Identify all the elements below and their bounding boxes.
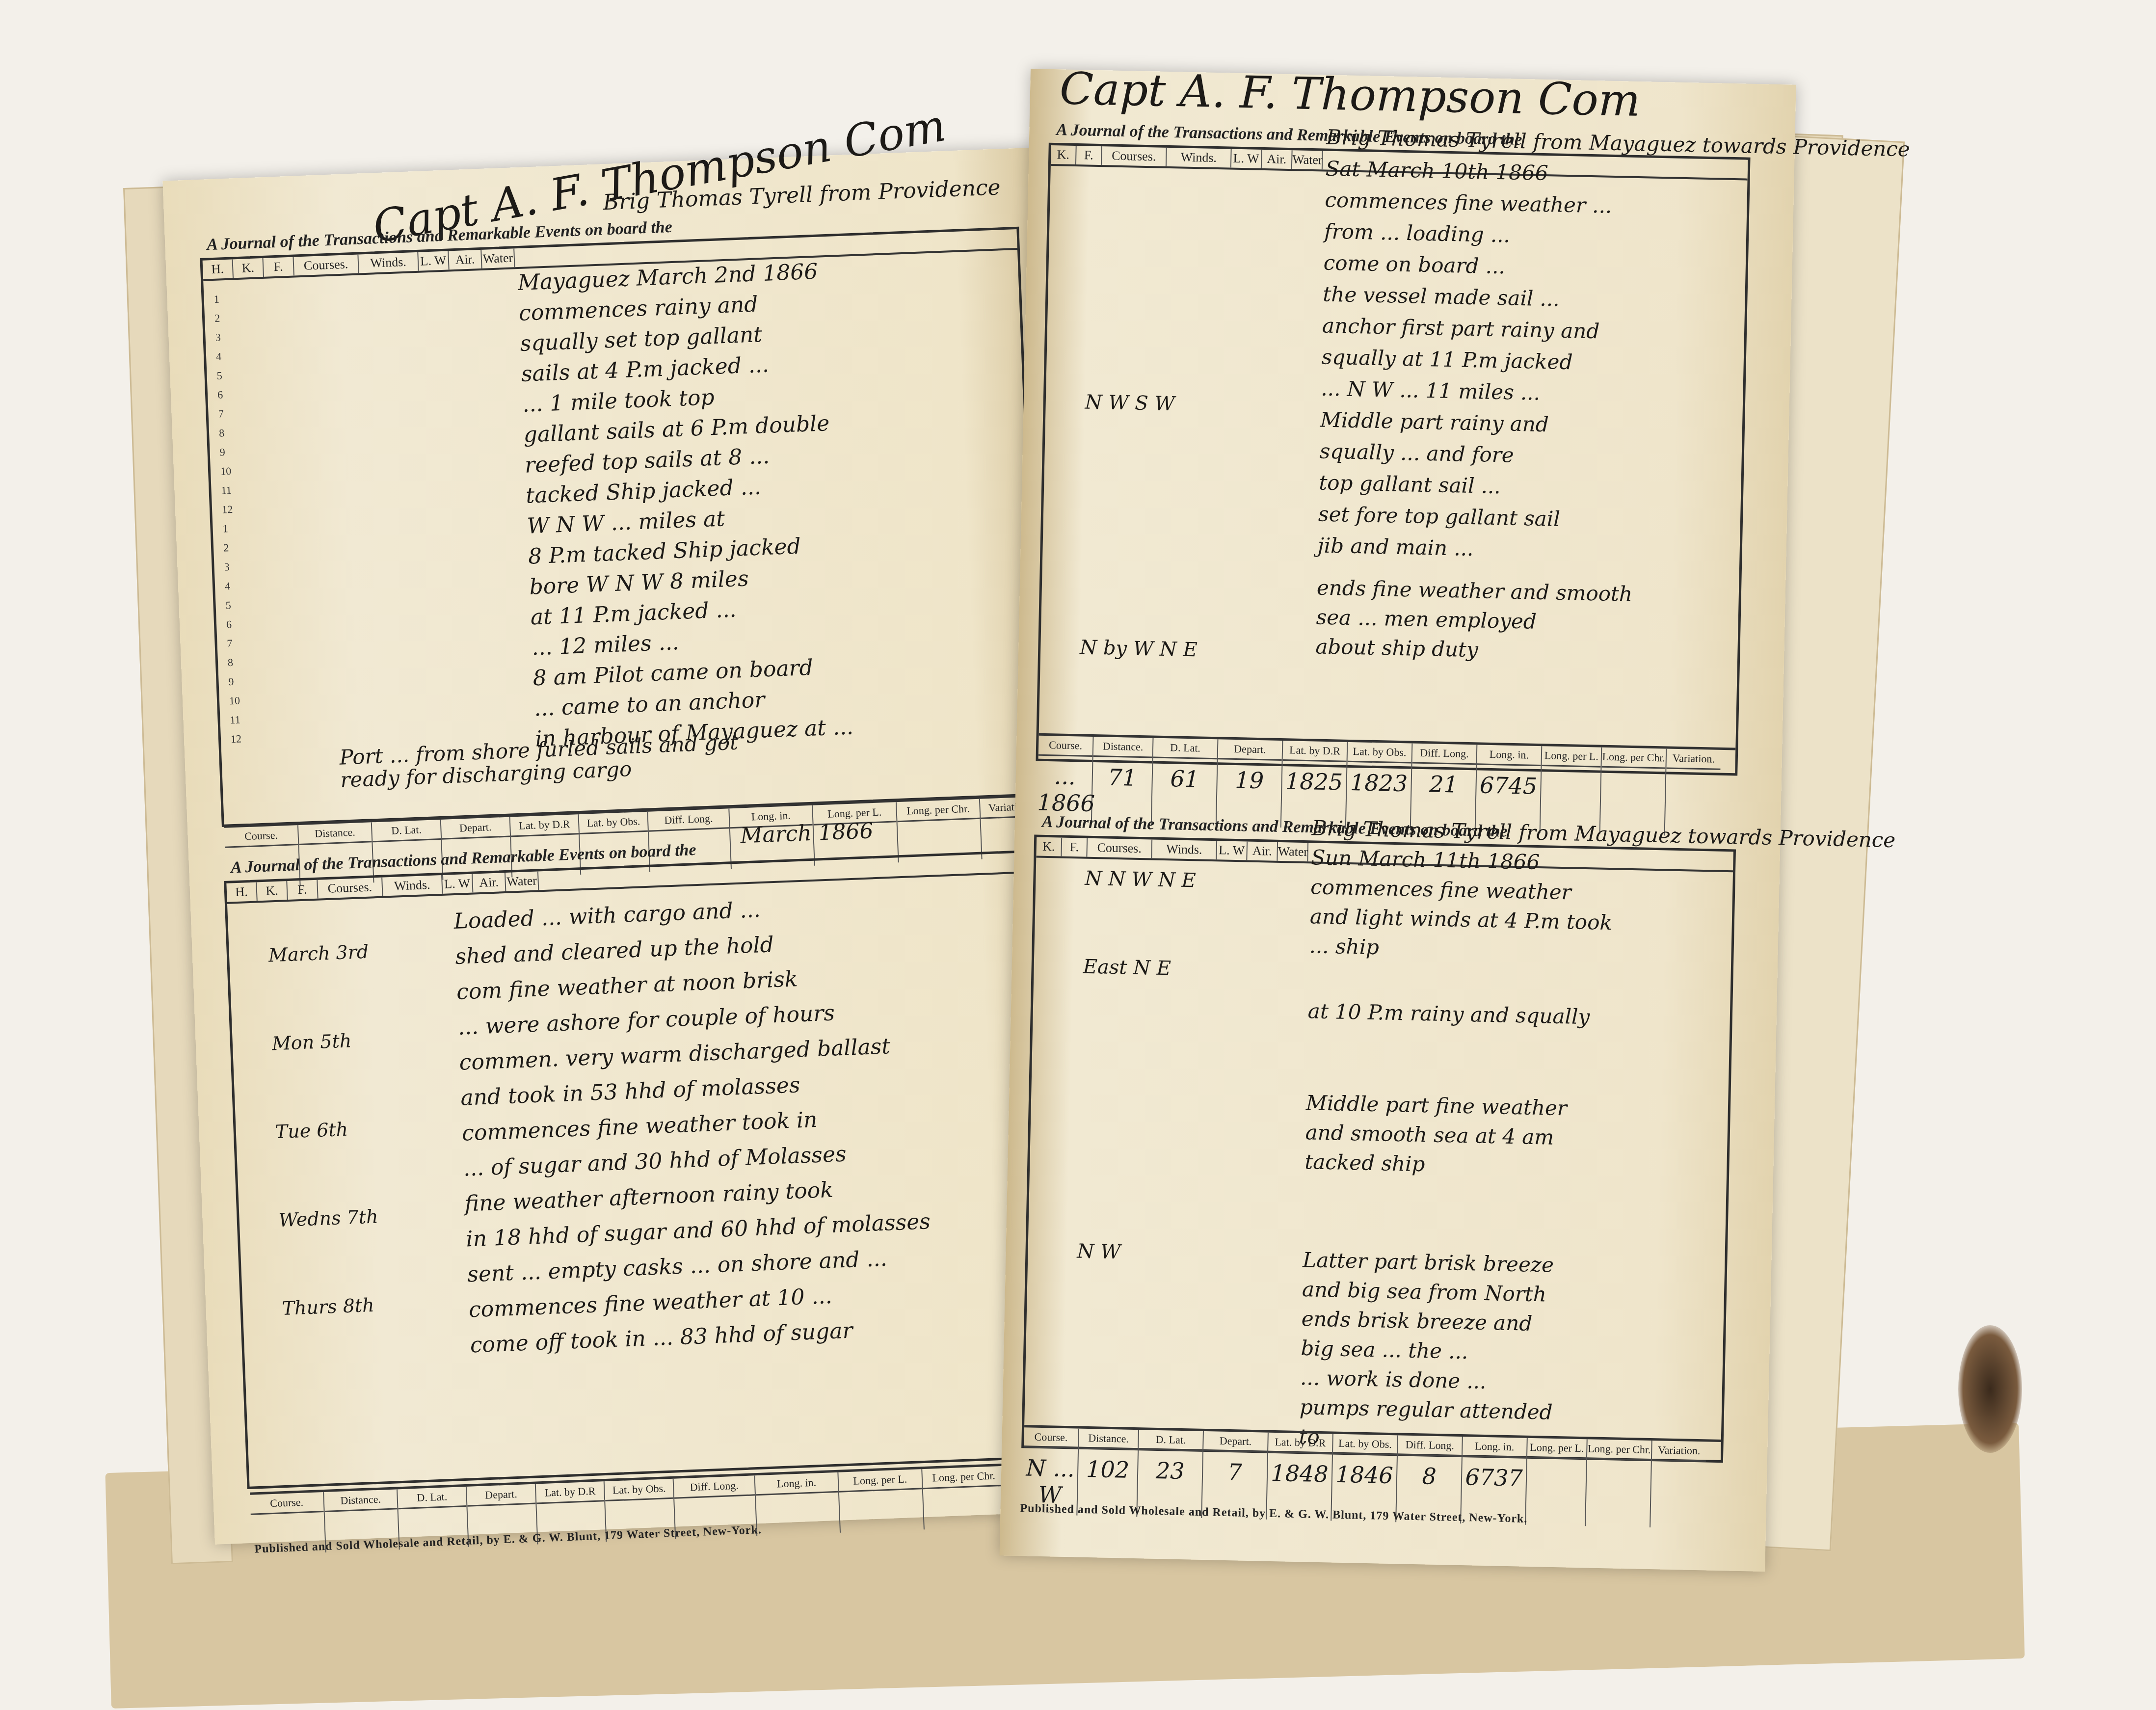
- hour-column: 123456789101112 123456789101112: [213, 289, 242, 748]
- log-entries: Brig Thomas Tyrell from Mayaguez towards…: [1309, 813, 1896, 973]
- upper-journal-table: A Journal of the Transactions and Remark…: [200, 227, 1040, 827]
- log-entry-port: Port ... from shore furled sails and got…: [339, 731, 740, 792]
- lower-journal-table: A Journal of the Transactions and Remark…: [224, 850, 1066, 1489]
- course-wind-entry: East N E: [1083, 956, 1171, 980]
- log-entries-middle: Middle part fine weatherand smooth sea a…: [1304, 1088, 1568, 1182]
- log-entries: Loaded ... with cargo and ...shed and cl…: [453, 886, 935, 1363]
- log-entry: at 10 P.m rainy and squally: [1307, 1000, 1590, 1028]
- log-entries-latter: Latter part brisk breezeand big sea from…: [1299, 1245, 1556, 1457]
- course-wind-entry: N N W N E: [1085, 868, 1196, 892]
- course-wind-entry: N W S W: [1085, 391, 1175, 415]
- log-entries-end: ends fine weather and smoothsea ... men …: [1315, 573, 1633, 668]
- course-wind-entry: N W: [1077, 1241, 1121, 1263]
- captain-signature: Capt A. F. Thompson Com: [1059, 64, 1641, 125]
- log-entries: Mayaguez March 2nd 1866commences rainy a…: [517, 256, 854, 754]
- lower-journal-table: A Journal of the Transactions and Remark…: [1021, 834, 1736, 1463]
- water-stain: [1958, 1325, 2022, 1453]
- left-page: Capt A. F. Thompson Com A Journal of the…: [162, 147, 1092, 1545]
- upper-journal-table: A Journal of the Transactions and Remark…: [1036, 143, 1750, 776]
- log-entries: Brig Thomas Tyrell from Mayaguez towards…: [1317, 122, 1910, 574]
- course-wind-entry: N by W N E: [1080, 637, 1198, 661]
- day-labels: March 3rdMon 5thTue 6thWedns 7thThurs 8t…: [267, 908, 384, 1353]
- vessel-name-handwriting: March 1866: [740, 819, 874, 848]
- right-page: Capt A. F. Thompson Com A Journal of the…: [1000, 69, 1796, 1572]
